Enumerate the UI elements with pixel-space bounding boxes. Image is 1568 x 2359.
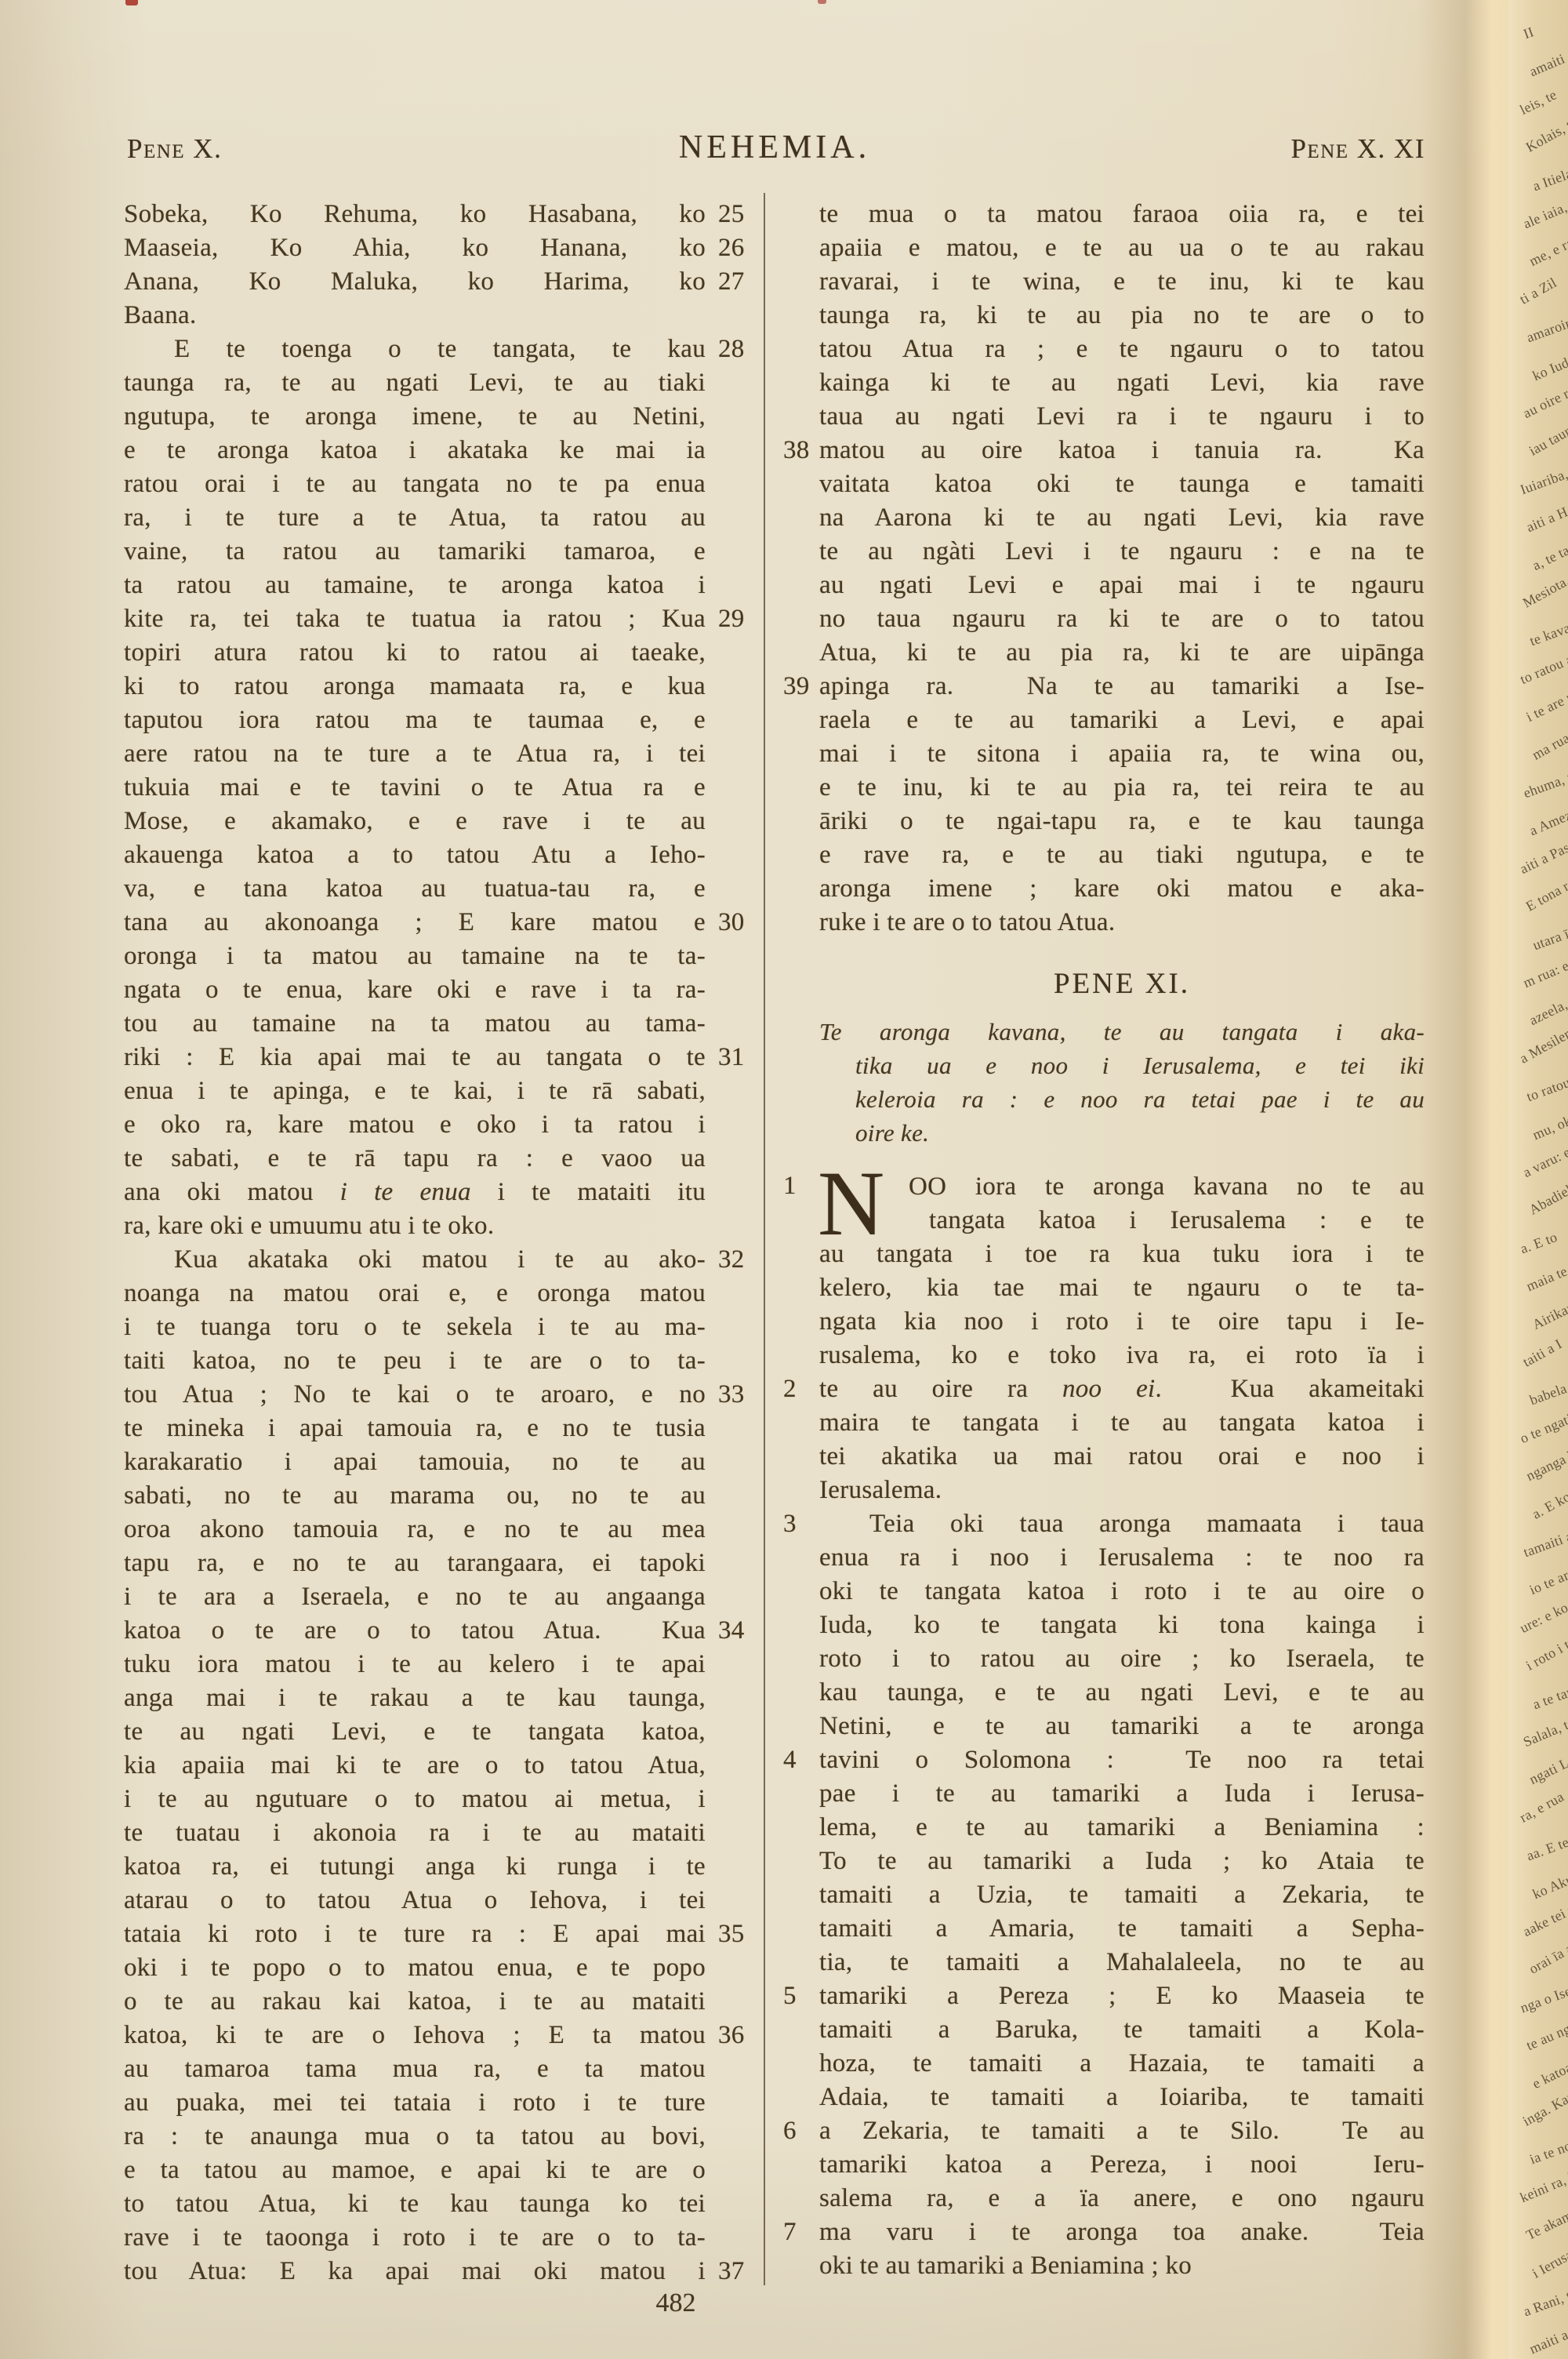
text-line: kau taunga, e te au ngati Levi, e te au — [819, 1676, 1425, 1710]
text-line: ra, kare oki e umuumu atu i te oko. — [124, 1209, 706, 1243]
line-text: sabati, no te au marama ou, no te au — [124, 1479, 706, 1513]
text-line: maira te tangata i te au tangata katoa i — [819, 1406, 1425, 1440]
edge-text-fragment: Mesiota, — [1520, 572, 1568, 612]
text-line: te au ngati Levi, e te tangata katoa, — [124, 1715, 706, 1749]
line-text: e te aronga katoa i akataka ke mai ia — [124, 434, 706, 467]
line-text: oki i te popo o to matou enua, e te popo — [124, 1951, 706, 1985]
text-line: va, e tana katoa au tuatua-tau ra, e — [124, 872, 706, 906]
verse-number: 6 — [783, 2114, 797, 2148]
line-text: tuku iora matou i te au kelero i te apai — [124, 1648, 706, 1681]
text-line: anga mai i te rakau a te kau taunga, — [124, 1681, 706, 1715]
text-line: Teia oki taua aronga mamaata i taua3 — [819, 1507, 1425, 1541]
text-line: taputou iora ratou ma te taumaa e, e — [124, 703, 706, 737]
edge-text-fragment: a Mesilem — [1517, 1023, 1568, 1067]
verse-number: 36 — [718, 2019, 745, 2052]
verse-number: 25 — [718, 198, 745, 231]
edge-text-fragment: keini ra, ko — [1518, 2165, 1568, 2206]
line-text: taiti katoa, no te peu i te are o to ta- — [124, 1344, 706, 1378]
edge-text-fragment: ko Akuba, k — [1530, 1859, 1568, 1903]
line-text: au tangata i toe ra kua tuku iora i te — [819, 1238, 1425, 1271]
text-line: atarau o to tatou Atua o Iehova, i tei — [124, 1884, 706, 1917]
edge-text-fragment: i roto i to — [1523, 1634, 1568, 1674]
text-line: te sabati, e te rā tapu ra : e vaoo ua — [124, 1142, 706, 1176]
text-line: ravarai, i te wina, e te inu, ki te kau — [819, 265, 1425, 299]
text-line: Sobeka, Ko Rehuma, ko Hasabana, ko25 — [124, 198, 706, 231]
verse-number: 32 — [718, 1243, 745, 1277]
line-text: ngata o te enua, kare oki e rave i ta ra… — [124, 973, 706, 1007]
text-line: tamariki katoa a Pereza, i nooi Ieru- — [819, 2148, 1425, 2182]
line-text: tou Atua: E ka apai mai oki matou i — [124, 2255, 706, 2288]
verse-number: 28 — [718, 333, 745, 366]
edge-text-fragment: Salala, te ta — [1521, 1709, 1568, 1750]
text-line: e te aronga katoa i akataka ke mai ia — [124, 434, 706, 467]
text-line: tavini o Solomona : Te noo ra tetai4 — [819, 1743, 1425, 1777]
edge-text-fragment: i Ierusale — [1530, 2241, 1568, 2281]
text-line: kite ra, tei taka te tuatua ia ratou ; K… — [124, 602, 706, 636]
text-line: sabati, no te au marama ou, no te au — [124, 1479, 706, 1513]
line-text: taunga ra, ki te au pia no te are o to — [819, 299, 1425, 333]
line-text: Te aronga kavana, te au tangata i aka- — [819, 1015, 1425, 1049]
edge-text-fragment: babela, ko — [1527, 1373, 1568, 1409]
line-text: e te inu, ki te au pia ra, tei reira te … — [819, 771, 1425, 805]
edge-text-fragment: a Amezi, — [1527, 804, 1568, 839]
edge-text-fragment: II — [1521, 24, 1536, 42]
line-text: vaine, ta ratou au tamariki tamaroa, e — [124, 535, 706, 569]
page-curl-shadow — [1417, 0, 1508, 2359]
edge-text-fragment: aa. E te a — [1524, 1830, 1568, 1864]
edge-text-fragment: Abadiela ī — [1526, 1175, 1568, 1219]
line-text: kia apaiia mai ki te are o to tatou Atua… — [124, 1749, 706, 1783]
text-line: katoa ra, ei tutungi anga ki runga i te — [124, 1850, 706, 1884]
line-text: au ngati Levi e apai mai i te ngauru — [819, 569, 1425, 602]
line-text: enua i te apinga, e te kai, i te rā saba… — [124, 1074, 706, 1108]
edge-text-fragment: amaroir — [1524, 315, 1568, 347]
line-text: E te toenga o te tangata, te kau — [124, 333, 706, 366]
line-text: aronga imene ; kare oki matou e aka- — [819, 872, 1425, 906]
edge-text-fragment: azeela, te — [1526, 990, 1568, 1030]
text-line: apaiia e matou, e te au ua o te au rakau — [819, 231, 1425, 265]
verse-number: 27 — [718, 265, 745, 299]
text-line: ngata o te enua, kare oki e rave i ta ra… — [124, 973, 706, 1007]
text-line: enua i te apinga, e te kai, i te rā saba… — [124, 1074, 706, 1108]
verses-37-40: te mua o ta matou faraoa oiia ra, e teia… — [819, 198, 1425, 940]
text-line: E te toenga o te tangata, te kau28 — [124, 333, 706, 366]
line-text: te au ngati Levi, e te tangata katoa, — [124, 1715, 706, 1749]
line-text: salema ra, e a ïa anere, e ono ngauru — [819, 2182, 1425, 2215]
text-line: au ngati Levi e apai mai i te ngauru — [819, 569, 1425, 602]
text-line: e oko ra, kare matou e oko i ta ratou i — [124, 1108, 706, 1142]
text-line: au tangata i toe ra kua tuku iora i te — [819, 1238, 1425, 1271]
text-line: tika ua e noo i Ierusalema, e tei iki — [819, 1049, 1425, 1082]
text-line: taiti katoa, no te peu i te are o to ta- — [124, 1344, 706, 1378]
edge-text-fragment: to ratou a — [1518, 651, 1568, 688]
text-line: Adaia, te tamaiti a Ioiariba, te tamaiti — [819, 2081, 1425, 2114]
edge-text-fragment: o te ngati — [1518, 1410, 1568, 1447]
line-text: tana au akonoanga ; E kare matou e — [124, 906, 706, 940]
line-text: riki : E kia apai mai te au tangata o te — [124, 1041, 706, 1074]
line-text: Adaia, te tamaiti a Ioiariba, te tamaiti — [819, 2081, 1425, 2114]
line-text: tamaiti a Amaria, te tamaiti a Sepha- — [819, 1912, 1425, 1946]
line-text: taputou iora ratou ma te taumaa e, e — [124, 703, 706, 737]
line-text: tou Atua ; No te kai o te aroaro, e no — [124, 1378, 706, 1412]
text-line: tatou Atua ra ; e te ngauru o to tatou — [819, 333, 1425, 366]
text-line: akauenga katoa a to tatou Atu a Ieho- — [124, 838, 706, 872]
line-text: tamariki katoa a Pereza, i nooi Ieru- — [819, 2148, 1425, 2182]
line-text: vaitata katoa oki te taunga e tamaiti — [819, 467, 1425, 501]
text-line: tou au tamaine na ta matou au tama- — [124, 1007, 706, 1041]
text-line: vaitata katoa oki te taunga e tamaiti — [819, 467, 1425, 501]
text-line: ra : te anaunga mua o ta tatou au bovi, — [124, 2120, 706, 2154]
text-line: ratou orai i te au tangata no te pa enua — [124, 467, 706, 501]
line-text: te sabati, e te rā tapu ra : e vaoo ua — [124, 1142, 706, 1176]
verse-number: 7 — [783, 2215, 797, 2249]
text-line: oroa akono tamouia ra, e no te au mea — [124, 1513, 706, 1547]
text-line: apinga ra. Na te au tamariki a Ise-39 — [819, 670, 1425, 703]
text-line: keleroia ra : e noo ra tetai pae i te au — [819, 1082, 1425, 1116]
edge-text-fragment: tamaiti a — [1521, 1528, 1568, 1561]
scanned-book-page: Pene X. NEHEMIA. Pene X. XI Sobeka, Ko R… — [0, 0, 1568, 2359]
text-line: lema, e te au tamariki a Beniamina : — [819, 1811, 1425, 1845]
edge-text-fragment: Iuiariba, — [1518, 466, 1568, 498]
text-line: tamaiti a Baruka, te tamaiti a Kola- — [819, 2013, 1425, 2047]
line-text: no taua ngauru ra ki te are o to tatou — [819, 602, 1425, 636]
edge-text-fragment: a varu: e t — [1520, 1140, 1568, 1181]
edge-text-fragment: aiti a Pas — [1517, 839, 1568, 878]
text-line: Maaseia, Ko Ahia, ko Hanana, ko26 — [124, 231, 706, 265]
line-text: te au oire ra noo ei. Kua akameitaki — [819, 1372, 1425, 1406]
line-text: matou au oire katoa i tanuia ra. Ka — [819, 434, 1425, 467]
chapter-summary: Te aronga kavana, te au tangata i aka-ti… — [819, 1015, 1425, 1150]
verse-number: 35 — [718, 1917, 745, 1951]
edge-text-fragment: ti a Zil — [1517, 274, 1559, 308]
text-line: OO iora te aronga kavana no te au — [909, 1170, 1425, 1204]
text-line: katoa, ki te are o Iehova ; E ta matou36 — [124, 2019, 706, 2052]
verse-number: 1 — [783, 1172, 797, 1201]
line-text: taua au ngati Levi ra i te ngauru i to — [819, 400, 1425, 434]
line-text: ra, i te ture a te Atua, ta ratou au — [124, 501, 706, 535]
text-line: ngata kia noo i roto i te oire tapu i Ie… — [819, 1305, 1425, 1339]
text-line: aere ratou na te ture a te Atua ra, i te… — [124, 737, 706, 771]
text-line: oki i te popo o to matou enua, e te popo — [124, 1951, 706, 1985]
text-line: To te au tamariki a Iuda ; ko Ataia te — [819, 1845, 1425, 1878]
edge-text-fragment: ehuma, te — [1521, 767, 1568, 802]
line-text: oronga i ta matou au tamaine na te ta- — [124, 940, 706, 973]
line-text: Ierusalema. — [819, 1474, 1425, 1507]
edge-text-fragment: iau taung — [1526, 419, 1568, 460]
page-number: 482 — [627, 2288, 724, 2318]
line-text: karakaratio i apai tamouia, no te au — [124, 1445, 706, 1479]
line-text: te mineka i apai tamouia ra, e no te tus… — [124, 1412, 706, 1445]
book-title: NEHEMIA. — [679, 129, 870, 166]
edge-text-fragment: te au ngati I — [1524, 2012, 1568, 2054]
running-head: Pene X. NEHEMIA. Pene X. XI — [124, 129, 1425, 171]
line-text: topiri atura ratou ki to ratou ai taeake… — [124, 636, 706, 670]
text-line: Atua, ki te au pia ra, ki te are uipānga — [819, 636, 1425, 670]
text-line: tukuia mai e te tavini o te Atua ra e — [124, 771, 706, 805]
text-line: oire ke. — [819, 1116, 1425, 1150]
edge-text-fragment: nganga ki — [1523, 1445, 1568, 1485]
text-line: ra, i te ture a te Atua, ta ratou au — [124, 501, 706, 535]
edge-text-fragment: ale iaia, k — [1521, 194, 1568, 232]
edge-text-fragment: nga o Iser — [1518, 1981, 1568, 2016]
line-text: hoza, te tamaiti a Hazaia, te tamaiti a — [819, 2047, 1425, 2081]
edge-text-fragment: ra, e rua — [1517, 1788, 1567, 1826]
text-line: na Aarona ki te au ngati Levi, kia rave — [819, 501, 1425, 535]
text-line: te tuatau i akonoia ra i te au mataiti — [124, 1816, 706, 1850]
text-line: rave i te taoonga i roto i te are o to t… — [124, 2221, 706, 2255]
edge-text-fragment: leis, te — [1517, 86, 1559, 118]
text-line: tuku iora matou i te au kelero i te apai — [124, 1648, 706, 1681]
line-text: ta ratou au tamaine, te aronga katoa i — [124, 569, 706, 602]
red-edge-mark — [125, 0, 138, 5]
column-divider — [764, 193, 765, 2285]
edge-text-fragment: ma rua — [1530, 729, 1568, 763]
edge-text-fragment: a. E ko M — [1530, 1480, 1568, 1522]
verse-number: 39 — [783, 670, 810, 703]
line-text: e oko ra, kare matou e oko i ta ratou i — [124, 1108, 706, 1142]
text-line: riki : E kia apai mai te au tangata o te… — [124, 1041, 706, 1074]
line-text: kau taunga, e te au ngati Levi, e te au — [819, 1676, 1425, 1710]
right-column: te mua o ta matou faraoa oiia ra, e teia… — [819, 198, 1425, 2283]
edge-text-fragment: Airikama, — [1530, 1292, 1568, 1333]
line-text: na Aarona ki te au ngati Levi, kia rave — [819, 501, 1425, 535]
line-text: ngutupa, te aronga imene, te au Netini, — [124, 400, 706, 434]
text-line: tana au akonoanga ; E kare matou e30 — [124, 906, 706, 940]
text-line: au tamaroa tama mua ra, e ta matou — [124, 2052, 706, 2086]
text-line: e te inu, ki te au pia ra, tei reira te … — [819, 771, 1425, 805]
line-text: tika ua e noo i Ierusalema, e tei iki — [819, 1049, 1425, 1082]
facing-page-fore-edge: IIamaitileis, teKolais, ta Itielaale iai… — [1508, 0, 1568, 2359]
text-line: tamaiti a Amaria, te tamaiti a Sepha- — [819, 1912, 1425, 1946]
text-line: Baana. — [124, 299, 706, 333]
text-line: kelero, kia tae mai te ngauru o te ta- — [819, 1271, 1425, 1305]
line-text: pae i te au tamariki a Iuda i Ierusa- — [819, 1777, 1425, 1811]
text-line: taunga ra, ki te au pia no te are o to — [819, 299, 1425, 333]
edge-text-fragment: ure: e ko — [1517, 1599, 1568, 1637]
running-head-right: Pene X. XI — [1290, 133, 1425, 165]
line-text: ki to ratou aronga mamaata ra, e kua — [124, 670, 706, 703]
line-text: tamariki a Pereza ; E ko Maaseia te — [819, 1979, 1425, 2013]
text-line: ana oki matou i te enua i te mataiti itu — [124, 1176, 706, 1209]
edge-text-fragment: a te tamaiti — [1530, 1675, 1568, 1713]
text-line: tapu ra, e no te au tarangaara, ei tapok… — [124, 1547, 706, 1580]
red-edge-mark — [818, 0, 826, 4]
text-line: matou au oire katoa i tanuia ra. Ka38 — [819, 434, 1425, 467]
line-text: Baana. — [124, 299, 706, 333]
line-text: Atua, ki te au pia ra, ki te are uipānga — [819, 636, 1425, 670]
edge-text-fragment: a, te tamai — [1530, 533, 1568, 574]
line-text: tei akatika ua mai ratou orai e noo i — [819, 1440, 1425, 1474]
text-line: tia, te tamaiti a Mahalaleela, no te au — [819, 1946, 1425, 1979]
line-text: atarau o to tatou Atua o Iehova, i tei — [124, 1884, 706, 1917]
verse-number: 26 — [718, 231, 745, 265]
edge-text-fragment: Kolais, t — [1523, 118, 1568, 156]
text-line: oronga i ta matou au tamaine na te ta- — [124, 940, 706, 973]
line-text: tamaiti a Uzia, te tamaiti a Zekaria, te — [819, 1878, 1425, 1912]
text-line: tataia ki roto i te ture ra : E apai mai… — [124, 1917, 706, 1951]
line-text: ra, kare oki e umuumu atu i te oko. — [124, 1209, 706, 1243]
verse-number: 31 — [718, 1041, 745, 1074]
text-line: hoza, te tamaiti a Hazaia, te tamaiti a — [819, 2047, 1425, 2081]
line-text: tamaiti a Baruka, te tamaiti a Kola- — [819, 2013, 1425, 2047]
line-text: tavini o Solomona : Te noo ra tetai — [819, 1743, 1425, 1777]
line-text: kainga ki te au ngati Levi, kia rave — [819, 366, 1425, 400]
edge-text-fragment: aake tei tial — [1520, 1896, 1568, 1940]
edge-text-fragment: a. E to — [1518, 1229, 1559, 1257]
edge-text-fragment: au oire ra — [1520, 383, 1568, 422]
text-line: te au ngàti Levi i te ngauru : e na te — [819, 535, 1425, 569]
text-line: no taua ngauru ra ki te are o to tatou — [819, 602, 1425, 636]
line-text: tia, te tamaiti a Mahalaleela, no te au — [819, 1946, 1425, 1979]
text-line: tamariki a Pereza ; E ko Maaseia te5 — [819, 1979, 1425, 2013]
edge-text-fragment: te kavan — [1527, 618, 1568, 650]
verse-number: 34 — [718, 1614, 745, 1648]
line-text: i te ara a Iseraela, e no te au angaanga — [124, 1580, 706, 1614]
line-text: kelero, kia tae mai te ngauru o te ta- — [819, 1271, 1425, 1305]
line-text: akauenga katoa a to tatou Atu a Ieho- — [124, 838, 706, 872]
text-line: pae i te au tamariki a Iuda i Ierusa- — [819, 1777, 1425, 1811]
line-text: ma varu i te aronga toa anake. Teia — [819, 2215, 1425, 2249]
text-line: Te aronga kavana, te au tangata i aka- — [819, 1015, 1425, 1049]
line-text: tou au tamaine na ta matou au tama- — [124, 1007, 706, 1041]
line-text: e rave ra, e te au tiaki ngutupa, e te — [819, 838, 1425, 872]
line-text: ruke i te are o to tatou Atua. — [819, 906, 1425, 940]
verse-number: 33 — [718, 1378, 745, 1412]
text-line: Mose, e akamako, e e rave i te au — [124, 805, 706, 838]
edge-text-fragment: a Itiela — [1530, 165, 1568, 194]
text-line: ki to ratou aronga mamaata ra, e kua — [124, 670, 706, 703]
line-text: noanga na matou orai e, e oronga matou — [124, 1277, 706, 1310]
line-text: katoa ra, ei tutungi anga ki runga i te — [124, 1850, 706, 1884]
edge-text-fragment: e katoa o Iu — [1530, 2047, 1568, 2092]
line-text: o te au rakau kai katoa, i te au mataiti — [124, 1985, 706, 2019]
edge-text-fragment: E tona ra — [1523, 875, 1568, 915]
text-line: Ierusalema. — [819, 1474, 1425, 1507]
line-text: apinga ra. Na te au tamariki a Ise- — [819, 670, 1425, 703]
line-text: Kua akataka oki matou i te au ako- — [124, 1243, 706, 1277]
edge-text-fragment: m rua: e — [1521, 958, 1568, 991]
text-line: roto i to ratou au oire ; ko Iseraela, t… — [819, 1642, 1425, 1676]
line-text: to tatou Atua, ki te kau taunga ko tei — [124, 2187, 706, 2221]
edge-text-fragment: taiti a I — [1520, 1336, 1565, 1370]
line-text: e ta tatou au mamoe, e apai ki te are o — [124, 2154, 706, 2187]
line-text: oki te au tamariki a Beniamina ; ko — [819, 2249, 1425, 2283]
line-text: oroa akono tamouia ra, e no te au mea — [124, 1513, 706, 1547]
line-text: katoa, ki te are o Iehova ; E ta matou — [124, 2019, 706, 2052]
verse-number: 30 — [718, 906, 745, 940]
edge-text-fragment: maia te tan — [1524, 1255, 1568, 1295]
text-line: e ta tatou au mamoe, e apai ki te are o — [124, 2154, 706, 2187]
text-line: Netini, e te au tamariki a te aronga — [819, 1710, 1425, 1743]
text-line: vaine, ta ratou au tamariki tamaroa, e — [124, 535, 706, 569]
drop-cap: N — [818, 1169, 885, 1239]
line-text: te mua o ta matou faraoa oiia ra, e tei — [819, 198, 1425, 231]
line-text: rusalema, ko e toko iva ra, ei roto ïa i — [819, 1339, 1425, 1372]
edge-text-fragment: ngati Levi k — [1526, 1743, 1568, 1789]
text-line: taunga ra, te au ngati Levi, te au tiaki — [124, 366, 706, 400]
verse-number: 5 — [783, 1979, 797, 2013]
line-text: aere ratou na te ture a te Atua ra, i te… — [124, 737, 706, 771]
line-text: Iuda, ko te tangata ki tona kainga i — [819, 1608, 1425, 1642]
line-text: Maaseia, Ko Ahia, ko Hanana, ko — [124, 231, 706, 265]
text-line: ma varu i te aronga toa anake. Teia7 — [819, 2215, 1425, 2249]
line-text: ravarai, i te wina, e te inu, ki te kau — [819, 265, 1425, 299]
text-line: kia apaiia mai ki te are o to tatou Atua… — [124, 1749, 706, 1783]
line-text: au tamaroa tama mua ra, e ta matou — [124, 2052, 706, 2086]
line-text: āriki o te ngai-tapu ra, e te kau taunga — [819, 805, 1425, 838]
edge-text-fragment: ia te noo an — [1527, 2129, 1568, 2168]
text-line: tou Atua ; No te kai o te aroaro, e no33 — [124, 1378, 706, 1412]
text-line: te mineka i apai tamouia ra, e no te tus… — [124, 1412, 706, 1445]
edge-text-fragment: ko Iuda, — [1530, 350, 1568, 383]
text-line: i te ara a Iseraela, e no te au angaanga — [124, 1580, 706, 1614]
text-line: au puaka, mei tei tataia i roto i te tur… — [124, 2086, 706, 2120]
text-line: te au oire ra noo ei. Kua akameitaki2 — [819, 1372, 1425, 1406]
edge-text-fragment: me, e ra — [1526, 234, 1568, 270]
edge-text-fragment: utara īa, — [1530, 921, 1568, 953]
line-text: mai i te sitona i apaiia ra, te wina ou, — [819, 737, 1425, 771]
text-line: ruke i te are o to tatou Atua. — [819, 906, 1425, 940]
edge-text-fragment: io te arata — [1527, 1561, 1568, 1598]
text-line: oki te tangata katoa i roto i te au oire… — [819, 1575, 1425, 1608]
text-line: raela e te au tamariki a Levi, e apai — [819, 703, 1425, 737]
line-text: enua ra i noo i Ierusalema : te noo ra — [819, 1541, 1425, 1575]
text-line: topiri atura ratou ki to ratou ai taeake… — [124, 636, 706, 670]
verse-number: 38 — [783, 434, 810, 467]
edge-text-fragment: amaiti — [1527, 51, 1567, 81]
text-line: to tatou Atua, ki te kau taunga ko tei — [124, 2187, 706, 2221]
verse-1: 1 N OO iora te aronga kavana no te au ta… — [819, 1170, 1425, 1238]
text-line: Iuda, ko te tangata ki tona kainga i — [819, 1608, 1425, 1642]
line-text: keleroia ra : e noo ra tetai pae i te au — [819, 1082, 1425, 1116]
line-text: ngata kia noo i roto i te oire tapu i Ie… — [819, 1305, 1425, 1339]
verse-number: 4 — [783, 1743, 797, 1777]
line-text: i te au ngutuare o to matou ai metua, i — [124, 1783, 706, 1816]
text-line: tou Atua: E ka apai mai oki matou i37 — [124, 2255, 706, 2288]
line-text: Anana, Ko Maluka, ko Harima, ko — [124, 265, 706, 299]
line-text: Netini, e te au tamariki a te aronga — [819, 1710, 1425, 1743]
line-text: anga mai i te rakau a te kau taunga, — [124, 1681, 706, 1715]
edge-text-fragment: to ratou a — [1524, 1071, 1568, 1106]
left-column: Sobeka, Ko Rehuma, ko Hasabana, ko25Maas… — [124, 198, 706, 2288]
line-text: roto i to ratou au oire ; ko Iseraela, t… — [819, 1642, 1425, 1676]
line-text: taunga ra, te au ngati Levi, te au tiaki — [124, 366, 706, 400]
chapter-heading: PENE XI. — [819, 966, 1425, 1002]
line-text: rave i te taoonga i roto i te are o to t… — [124, 2221, 706, 2255]
line-text: ana oki matou i te enua i te mataiti itu — [124, 1176, 706, 1209]
line-text: te au ngàti Levi i te ngauru : e na te — [819, 535, 1425, 569]
line-text: ratou orai i te au tangata no te pa enua — [124, 467, 706, 501]
text-line: i te au ngutuare o to matou ai metua, i — [124, 1783, 706, 1816]
line-text: ra : te anaunga mua o ta tatou au bovi, — [124, 2120, 706, 2154]
line-text: tapu ra, e no te au tarangaara, ei tapok… — [124, 1547, 706, 1580]
text-line: ngutupa, te aronga imene, te au Netini, — [124, 400, 706, 434]
line-text: tatou Atua ra ; e te ngauru o to tatou — [819, 333, 1425, 366]
line-text: Teia oki taua aronga mamaata i taua — [819, 1507, 1425, 1541]
edge-text-fragment: mu, okotai — [1530, 1103, 1568, 1143]
text-line: katoa o te are o to tatou Atua. Kua34 — [124, 1614, 706, 1648]
text-line: Anana, Ko Maluka, ko Harima, ko27 — [124, 265, 706, 299]
line-text: To te au tamariki a Iuda ; ko Ataia te — [819, 1845, 1425, 1878]
edge-text-fragment: aiti a H — [1524, 503, 1568, 536]
text-line: rusalema, ko e toko iva ra, ei roto ïa i — [819, 1339, 1425, 1372]
text-line: tangata katoa i Ierusalema : e te — [909, 1204, 1425, 1238]
line-text: au puaka, mei tei tataia i roto i te tur… — [124, 2086, 706, 2120]
line-text: raela e te au tamariki a Levi, e apai — [819, 703, 1425, 737]
text-line: āriki o te ngai-tapu ra, e te kau taunga — [819, 805, 1425, 838]
text-line: mai i te sitona i apaiia ra, te wina ou, — [819, 737, 1425, 771]
text-line: kainga ki te au ngati Levi, kia rave — [819, 366, 1425, 400]
